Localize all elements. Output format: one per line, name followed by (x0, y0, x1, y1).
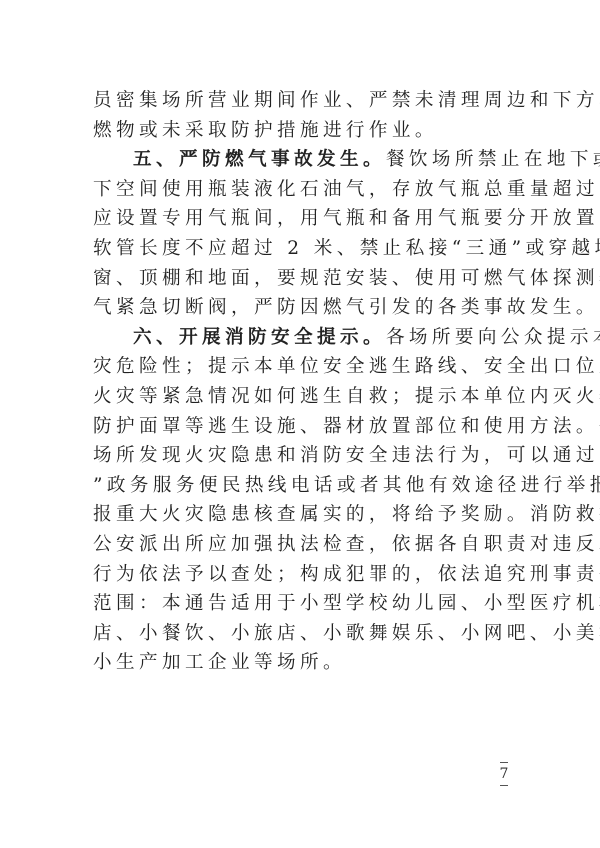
text-line: 灾危险性；提示本单位安全逃生路线、安全出口位置、遇到 (93, 352, 515, 382)
text-line: 软管长度不应超过 2 米、禁止私接“三通”或穿越墙体、门 (93, 234, 515, 264)
text-line: 行为依法予以查处；构成犯罪的，依法追究刑事责任。适用 (93, 560, 515, 590)
text-line: 报重大火灾隐患核查属实的，将给予奖励。消防救援机构和 (93, 500, 515, 530)
paragraph-first-line: 六、开展消防安全提示。各场所要向公众提示本单位火 (93, 323, 515, 353)
text-line: 小生产加工企业等场所。 (93, 648, 515, 678)
page-number-dash-bottom (500, 785, 508, 786)
page-number: 7 (494, 762, 514, 786)
section-heading-five: 五、严防燃气事故发生。 (133, 149, 386, 170)
text-line: 下空间使用瓶装液化石油气，存放气瓶总重量超过 100kg (93, 175, 515, 205)
text-span: 餐饮场所禁止在地下或半地 (386, 149, 600, 170)
text-line: 窗、顶棚和地面，要规范安装、使用可燃气体探测器及燃 (93, 264, 515, 294)
paragraph-first-line: 五、严防燃气事故发生。餐饮场所禁止在地下或半地 (93, 145, 515, 175)
text-line: 防护面罩等逃生设施、器材放置部位和使用方法。公众在各 (93, 412, 515, 442)
document-body: 员密集场所营业期间作业、严禁未清理周边和下方易燃可 燃物或未采取防护措施进行作业… (93, 86, 515, 678)
text-line: 场所发现火灾隐患和消防安全违法行为，可以通过“12345 (93, 441, 515, 471)
section-heading-six: 六、开展消防安全提示。 (133, 327, 386, 348)
text-line: 应设置专用气瓶间，用气瓶和备用气瓶要分开放置，连接 (93, 204, 515, 234)
text-line: 店、小餐饮、小旅店、小歌舞娱乐、小网吧、小美容洗浴、 (93, 619, 515, 649)
text-line: ”政务服务便民热线电话或者其他有效途径进行举报，对举 (93, 471, 515, 501)
text-line: 范围：本通告适用于小型学校幼儿园、小型医疗机构、小商 (93, 589, 515, 619)
page-number-value: 7 (494, 767, 514, 781)
text-line: 燃物或未采取防护措施进行作业。 (93, 116, 515, 146)
text-line: 火灾等紧急情况如何逃生自救；提示本单位内灭火器、简易 (93, 382, 515, 412)
text-line: 气紧急切断阀，严防因燃气引发的各类事故发生。 (93, 293, 515, 323)
text-line: 员密集场所营业期间作业、严禁未清理周边和下方易燃可 (93, 86, 515, 116)
text-span: 各场所要向公众提示本单位火 (386, 327, 600, 348)
document-page: 员密集场所营业期间作业、严禁未清理周边和下方易燃可 燃物或未采取防护措施进行作业… (0, 0, 600, 848)
page-number-dash-top (500, 762, 508, 763)
text-line: 公安派出所应加强执法检查，依据各自职责对违反本通告的 (93, 530, 515, 560)
